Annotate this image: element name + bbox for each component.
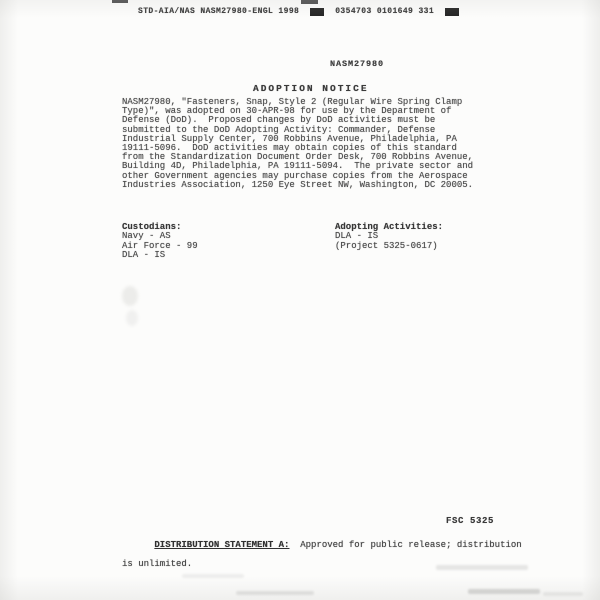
body-line: Industries Association, 1250 Eye Street … bbox=[122, 181, 473, 190]
scan-header-text: STD-AIA/NAS NASM27980-ENGL 1998 bbox=[138, 7, 299, 16]
notice-body: NASM27980, "Fasteners, Snap, Style 2 (Re… bbox=[122, 98, 473, 190]
distribution-statement-text: Approved for public release; distributio… bbox=[289, 540, 521, 550]
custodian-item: DLA - IS bbox=[122, 251, 198, 260]
scan-artifact bbox=[236, 591, 314, 595]
barcode-block-icon bbox=[445, 8, 459, 16]
distribution-statement-label: DISTRIBUTION STATEMENT A: bbox=[154, 540, 289, 550]
scan-header: STD-AIA/NAS NASM27980-ENGL 1998 0354703 … bbox=[138, 7, 459, 16]
custodians-section: Custodians: Navy - AS Air Force - 99 DLA… bbox=[122, 223, 198, 261]
distribution-statement: DISTRIBUTION STATEMENT A: Approved for p… bbox=[122, 531, 522, 569]
distribution-statement-text-line2: is unlimited. bbox=[122, 560, 522, 570]
document-number: NASM27980 bbox=[330, 59, 384, 69]
scan-header-code: 0354703 0101649 331 bbox=[335, 7, 434, 16]
scan-artifact bbox=[112, 0, 128, 3]
scan-artifact bbox=[543, 592, 583, 596]
fsc-code: FSC 5325 bbox=[446, 516, 494, 526]
scan-artifact bbox=[126, 310, 138, 326]
scanned-document-page: STD-AIA/NAS NASM27980-ENGL 1998 0354703 … bbox=[0, 0, 600, 600]
adopting-item: (Project 5325-0617) bbox=[335, 242, 443, 251]
scan-artifact bbox=[301, 0, 318, 4]
notice-title: ADOPTION NOTICE bbox=[253, 83, 369, 94]
barcode-block-icon bbox=[310, 8, 324, 16]
scan-artifact bbox=[468, 589, 540, 594]
scan-artifact bbox=[182, 574, 244, 578]
adopting-activities-section: Adopting Activities: DLA - IS (Project 5… bbox=[335, 223, 443, 251]
scan-artifact bbox=[122, 286, 138, 306]
